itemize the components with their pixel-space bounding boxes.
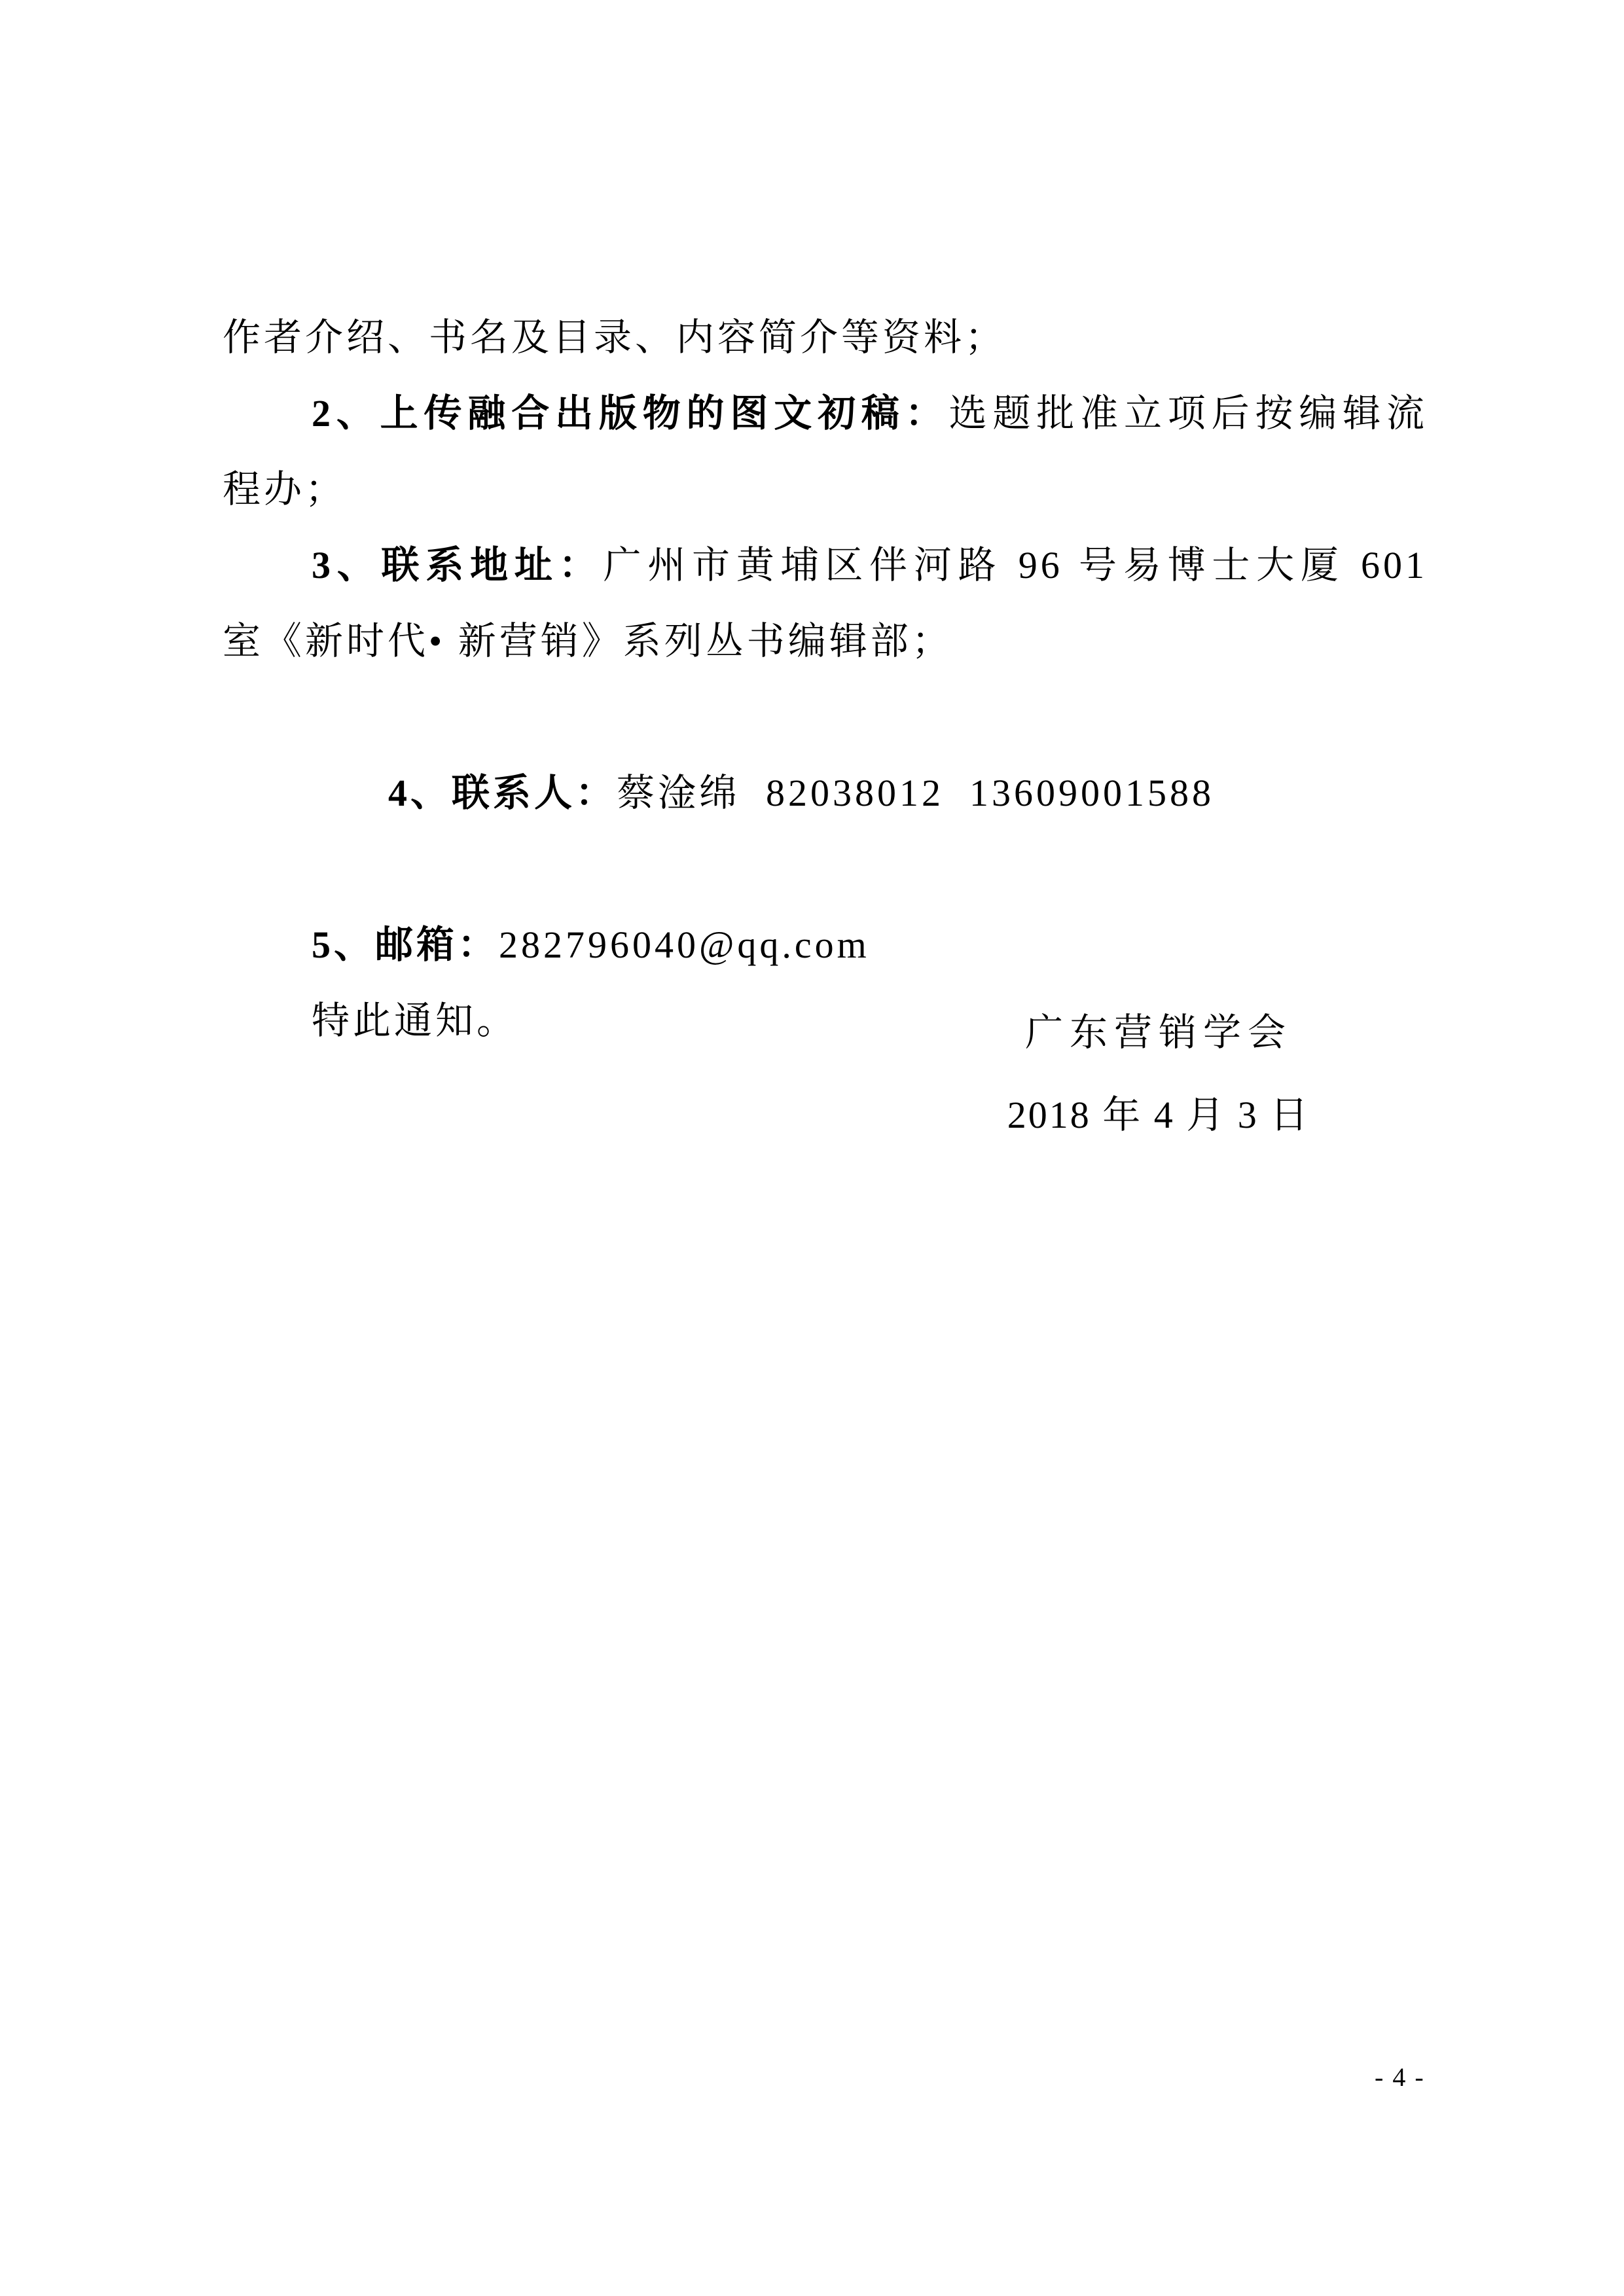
line-3-text: 程办； <box>223 468 346 511</box>
page-number: - 4 - <box>1375 2063 1425 2092</box>
item-2-label: 2、上传融合出版物的图文初稿： <box>312 392 949 435</box>
item-4-label: 4、联系人： <box>388 772 617 814</box>
body-line-item-4: 4、联系人：蔡淦绵 82038012 13609001588 <box>223 679 1428 907</box>
body-line-item-5: 5、邮箱：282796040@qq.com <box>223 907 1428 983</box>
body-line-continuation: 作者介绍、书名及目录、内容简介等资料； <box>223 300 1428 376</box>
item-3-text: 广州市黄埔区伴河路 96 号易博士大厦 601 <box>603 544 1428 586</box>
signature-date: 2018 年 4 月 3 日 <box>910 1074 1407 1157</box>
signature-organization: 广东营销学会 <box>910 992 1407 1074</box>
item-3-label: 3、联系地址： <box>312 544 603 586</box>
body-line-item-3-wrap: 室《新时代• 新营销》系列丛书编辑部； <box>223 603 1428 679</box>
signature-block: 广东营销学会 2018 年 4 月 3 日 <box>910 992 1407 1157</box>
item-5-text: 282796040@qq.com <box>499 924 870 966</box>
closing-text: 特此通知。 <box>312 999 518 1042</box>
body-line-item-2-wrap: 程办； <box>223 452 1428 528</box>
item-4-text: 蔡淦绵 82038012 13609001588 <box>617 772 1214 814</box>
line-1-text: 作者介绍、书名及目录、内容简介等资料； <box>223 316 1006 359</box>
body-line-item-2: 2、上传融合出版物的图文初稿：选题批准立项后按编辑流 <box>223 376 1428 452</box>
item-2-text: 选题批准立项后按编辑流 <box>949 392 1428 435</box>
body-line-item-3: 3、联系地址：广州市黄埔区伴河路 96 号易博士大厦 601 <box>223 528 1428 603</box>
line-5-text: 室《新时代• 新营销》系列丛书编辑部； <box>223 620 953 662</box>
notice-page: 作者介绍、书名及目录、内容简介等资料； 2、上传融合出版物的图文初稿：选题批准立… <box>0 0 1624 2296</box>
item-5-label: 5、邮箱： <box>312 924 499 966</box>
notice-body: 作者介绍、书名及目录、内容简介等资料； 2、上传融合出版物的图文初稿：选题批准立… <box>223 300 1428 1059</box>
